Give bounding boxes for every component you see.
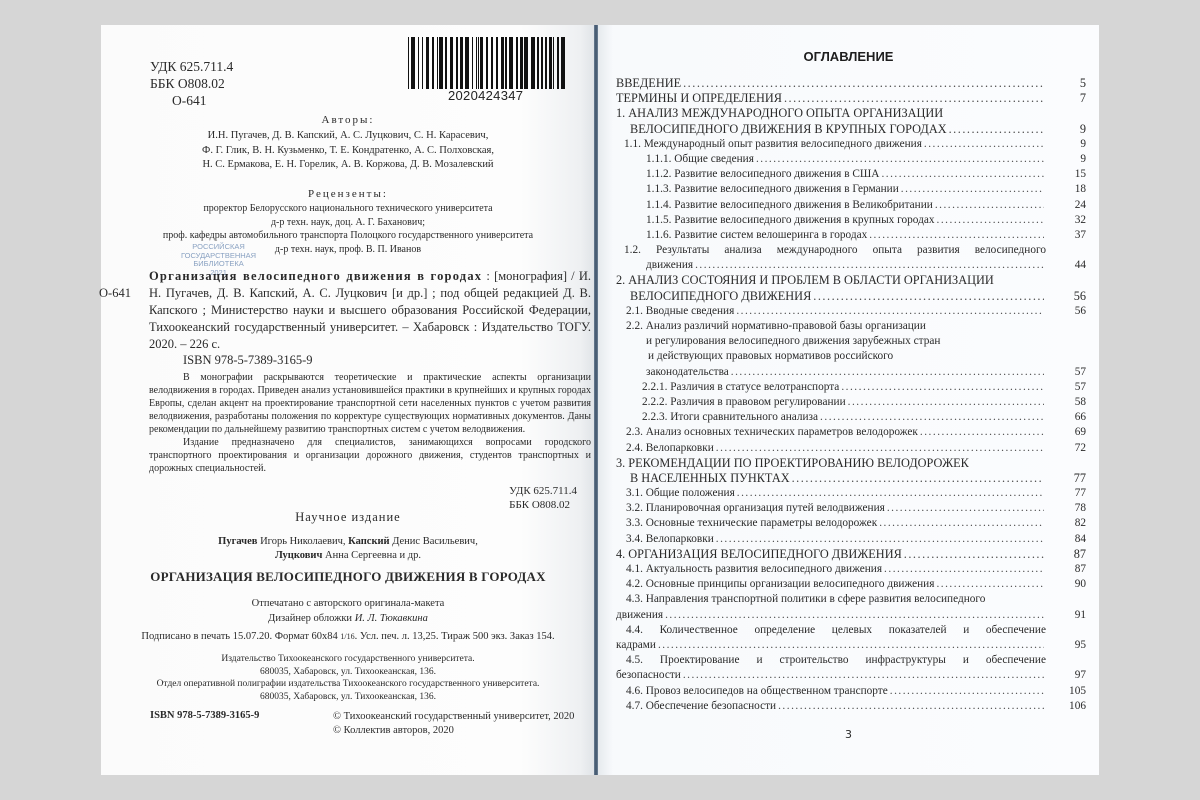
toc-entry-title: ВЕЛОСИПЕДНОГО ДВИЖЕНИЯ (630, 289, 811, 304)
toc-entry-title: 2.2.2. Различия в правовом регулировании (642, 395, 846, 410)
toc-entry: 3.4. Велопарковки.......................… (616, 532, 1086, 547)
toc-entry-page: 91 (1046, 608, 1086, 623)
table-of-contents: ВВЕДЕНИЕ................................… (616, 76, 1086, 714)
toc-leader-dots: ........................................… (813, 289, 1044, 304)
toc-entry-title: безопасности (616, 668, 681, 683)
toc-leader-dots: ........................................… (949, 122, 1044, 137)
left-page-imprint: УДК 625.711.4 ББК О808.02 О-641 20204243… (101, 25, 595, 775)
toc-entry-page: 82 (1046, 516, 1086, 531)
author-name: Денис Васильевич, (390, 536, 478, 547)
toc-entry-title: законодательства (646, 365, 729, 380)
toc-entry: безопасности............................… (616, 668, 1086, 683)
toc-entry: 4. ОРГАНИЗАЦИЯ ВЕЛОСИПЕДНОГО ДВИЖЕНИЯ...… (616, 547, 1086, 562)
toc-entry-page: 87 (1046, 562, 1086, 577)
page-number: 3 (598, 728, 1099, 741)
toc-leader-dots: ........................................… (716, 441, 1044, 456)
publisher-line: Отдел оперативной полиграфии издательств… (101, 678, 595, 691)
authors-heading: Авторы: (101, 114, 595, 126)
toc-entry-title: 1.1.1. Общие сведения (646, 152, 754, 167)
toc-entry-page: 95 (1046, 638, 1086, 653)
annotation: В монографии раскрываются теоретические … (149, 371, 591, 475)
toc-entry-page: 106 (1046, 699, 1086, 714)
library-barcode: 2020424347 (408, 37, 573, 103)
toc-entry-title: 3.1. Общие положения (626, 486, 735, 501)
toc-entry-page: 9 (1046, 152, 1086, 167)
toc-entry-title: 1.1.6. Развитие систем велошеринга в гор… (646, 228, 867, 243)
toc-entry-title: 2.2. Анализ различий нормативно-правовой… (626, 319, 926, 334)
toc-entry: 2.2.1. Различия в статусе велотранспорта… (616, 380, 1086, 395)
toc-entry-page: 84 (1046, 532, 1086, 547)
authors-line: Ф. Г. Глик, В. Н. Кузьменко, Т. Е. Кондр… (101, 144, 595, 159)
toc-leader-dots: ........................................… (658, 638, 1044, 653)
toc-entry: 2.2.2. Различия в правовом регулировании… (616, 395, 1086, 410)
toc-entry: 2. АНАЛИЗ СОСТОЯНИЯ И ПРОБЛЕМ В ОБЛАСТИ … (616, 273, 1086, 288)
toc-entry: 4.7. Обеспечение безопасности...........… (616, 699, 1086, 714)
reviewer-line: д-р техн. наук, доц. А. Г. Баханович; (101, 216, 595, 230)
toc-entry-title: 2. АНАЛИЗ СОСТОЯНИЯ И ПРОБЛЕМ В ОБЛАСТИ … (616, 273, 994, 288)
toc-entry-page: 9 (1046, 137, 1086, 152)
reviewer-line: д-р техн. наук, проф. В. П. Иванов (101, 243, 595, 257)
toc-entry: 2.3. Анализ основных технических парамет… (616, 425, 1086, 440)
reviewer-line: проф. кафедры автомобильного транспорта … (101, 229, 595, 243)
toc-entry-page: 18 (1046, 182, 1086, 197)
toc-entry-page: 105 (1046, 684, 1086, 699)
toc-entry-title: 4.1. Актуальность развития велосипедного… (626, 562, 882, 577)
toc-leader-dots: ........................................… (904, 547, 1044, 562)
barcode-number: 2020424347 (448, 88, 573, 103)
toc-leader-dots: ........................................… (756, 152, 1044, 167)
authors-list: И.Н. Пугачев, Д. В. Капский, А. С. Луцко… (101, 129, 595, 173)
author-names: Пугачев Игорь Николаевич, Капский Денис … (101, 535, 595, 563)
reviewers-heading: Рецензенты: (101, 188, 595, 200)
toc-entry-page: 97 (1046, 668, 1086, 683)
toc-entry-page: 77 (1046, 486, 1086, 501)
toc-entry-page: 87 (1046, 547, 1086, 562)
toc-leader-dots: ........................................… (924, 137, 1044, 152)
toc-leader-dots: ........................................… (890, 684, 1044, 699)
copyright-notices: © Тихоокеанский государственный универси… (333, 710, 574, 738)
classification-codes-repeat: УДК 625.711.4 ББК О808.02 (509, 484, 577, 512)
printed-from: Отпечатано с авторского оригинала-макета (101, 596, 595, 611)
biblio-code: О-641 (99, 285, 131, 302)
toc-entry: 2.4. Велопарковки.......................… (616, 441, 1086, 456)
toc-entry: ВВЕДЕНИЕ................................… (616, 76, 1086, 91)
toc-entry-title: 1.1.2. Развитие велосипедного движения в… (646, 167, 879, 182)
toc-entry: 2.1. Вводные сведения...................… (616, 304, 1086, 319)
toc-leader-dots: ........................................… (792, 471, 1044, 486)
toc-entry-title: 3.4. Велопарковки (626, 532, 714, 547)
toc-entry: 2.2.3. Итоги сравнительного анализа.....… (616, 410, 1086, 425)
authors-line: Н. С. Ермакова, Е. Н. Горелик, А. В. Кор… (101, 158, 595, 173)
toc-entry: 1.1.6. Развитие систем велошеринга в гор… (616, 228, 1086, 243)
toc-entry: 1.1.5. Развитие велосипедного движения в… (616, 213, 1086, 228)
bibliographic-record: О-641 Организация велосипедного движения… (149, 268, 591, 353)
toc-entry-page: 72 (1046, 441, 1086, 456)
author-mark-code: О-641 (150, 92, 233, 109)
publisher-line: 680035, Хабаровск, ул. Тихоокеанская, 13… (101, 691, 595, 704)
toc-leader-dots: ........................................… (879, 516, 1044, 531)
toc-leader-dots: ........................................… (937, 213, 1044, 228)
toc-leader-dots: ........................................… (920, 425, 1044, 440)
toc-entry-title: 1.1.3. Развитие велосипедного движения в… (646, 182, 899, 197)
toc-entry: ТЕРМИНЫ И ОПРЕДЕЛЕНИЯ...................… (616, 91, 1086, 106)
toc-entry-title: 2.4. Велопарковки (626, 441, 714, 456)
edition-type: Научное издание (101, 510, 595, 525)
toc-entry: кадрами.................................… (616, 638, 1086, 653)
udk-code: УДК 625.711.4 (509, 484, 577, 498)
toc-entry-title: кадрами (616, 638, 656, 653)
toc-entry-title: 4.7. Обеспечение безопасности (626, 699, 776, 714)
toc-entry-page: 44 (1046, 258, 1086, 273)
toc-entry: 4.6. Провоз велосипедов на общественном … (616, 684, 1086, 699)
toc-entry-page: 37 (1046, 228, 1086, 243)
toc-entry-title: 1.1.5. Развитие велосипедного движения в… (646, 213, 935, 228)
toc-entry: 1. АНАЛИЗ МЕЖДУНАРОДНОГО ОПЫТА ОРГАНИЗАЦ… (616, 106, 1086, 121)
toc-entry-title: 2.2.3. Итоги сравнительного анализа (642, 410, 818, 425)
toc-entry: 4.4. Количественное определение целевых … (616, 623, 1086, 638)
toc-leader-dots: ........................................… (869, 228, 1044, 243)
classification-codes: УДК 625.711.4 ББК О808.02 О-641 (150, 58, 233, 109)
toc-entry-title: 4.3. Направления транспортной политики в… (626, 592, 985, 607)
toc-entry: и регулирования велосипедного движения з… (616, 334, 1086, 349)
toc-leader-dots: ........................................… (716, 532, 1044, 547)
toc-entry: 4.1. Актуальность развития велосипедного… (616, 562, 1086, 577)
toc-entry-title: ВЕЛОСИПЕДНОГО ДВИЖЕНИЯ В КРУПНЫХ ГОРОДАХ (630, 122, 947, 137)
publisher-line: 680035, Хабаровск, ул. Тихоокеанская, 13… (101, 666, 595, 679)
cover-designer-label: Дизайнер обложки (268, 613, 355, 624)
author-name: Анна Сергеевна и др. (322, 550, 421, 561)
toc-leader-dots: ........................................… (731, 365, 1044, 380)
toc-entry-title: 3.2. Планировочная организация путей вел… (626, 501, 885, 516)
toc-entry-title: 2.1. Вводные сведения (626, 304, 734, 319)
toc-entry: 3.3. Основные технические параметры вело… (616, 516, 1086, 531)
toc-entry: 3.1. Общие положения....................… (616, 486, 1086, 501)
toc-entry-page: 78 (1046, 501, 1086, 516)
print-signoff: Подписано в печать 15.07.20. Формат 60х8… (101, 631, 595, 642)
toc-entry-page: 66 (1046, 410, 1086, 425)
toc-entry-title: 1.1.4. Развитие велосипедного движения в… (646, 198, 933, 213)
toc-entry: движения................................… (616, 258, 1086, 273)
toc-entry-title: 1.2. Результаты анализа международного о… (624, 243, 1046, 258)
toc-entry: 4.3. Направления транспортной политики в… (616, 592, 1086, 607)
toc-entry: и действующих правовых нормативов россий… (616, 349, 1086, 364)
toc-entry-title: 4.6. Провоз велосипедов на общественном … (626, 684, 888, 699)
toc-entry-title: ТЕРМИНЫ И ОПРЕДЕЛЕНИЯ (616, 91, 782, 106)
toc-entry: 1.1. Международный опыт развития велосип… (616, 137, 1086, 152)
toc-entry-page: 57 (1046, 380, 1086, 395)
toc-leader-dots: ........................................… (881, 167, 1044, 182)
isbn-bold: ISBN 978-5-7389-3165-9 (150, 710, 259, 721)
toc-title: ОГЛАВЛЕНИЕ (598, 49, 1099, 64)
toc-entry-page: 24 (1046, 198, 1086, 213)
toc-entry-title: движения (616, 608, 663, 623)
print-info: Отпечатано с авторского оригинала-макета… (101, 596, 595, 626)
toc-leader-dots: ........................................… (887, 501, 1044, 516)
toc-entry-page: 7 (1046, 91, 1086, 106)
toc-entry: движения................................… (616, 608, 1086, 623)
right-page-contents: ОГЛАВЛЕНИЕ ВВЕДЕНИЕ.....................… (598, 25, 1099, 775)
toc-entry: ВЕЛОСИПЕДНОГО ДВИЖЕНИЯ В КРУПНЫХ ГОРОДАХ… (616, 122, 1086, 137)
toc-entry-title: 2.2.1. Различия в статусе велотранспорта (642, 380, 839, 395)
toc-entry-title: 4.2. Основные принципы организации велос… (626, 577, 934, 592)
toc-entry-page: 69 (1046, 425, 1086, 440)
toc-leader-dots: ........................................… (841, 380, 1044, 395)
toc-entry: 3.2. Планировочная организация путей вел… (616, 501, 1086, 516)
toc-entry-title: и действующих правовых нормативов россий… (648, 349, 893, 364)
toc-entry: ВЕЛОСИПЕДНОГО ДВИЖЕНИЯ..................… (616, 289, 1086, 304)
toc-entry-title: В НАСЕЛЕННЫХ ПУНКТАХ (630, 471, 790, 486)
annotation-paragraph: В монографии раскрываются теоретические … (149, 371, 591, 436)
toc-leader-dots: ........................................… (848, 395, 1044, 410)
toc-leader-dots: ........................................… (665, 608, 1044, 623)
toc-entry-title: 3. РЕКОМЕНДАЦИИ ПО ПРОЕКТИРОВАНИЮ ВЕЛОДО… (616, 456, 969, 471)
author-name: Игорь Николаевич, (257, 536, 348, 547)
toc-leader-dots: ........................................… (784, 91, 1044, 106)
toc-entry-page: 9 (1046, 122, 1086, 137)
toc-leader-dots: ........................................… (683, 76, 1044, 91)
format-fraction: 1/16 (340, 632, 354, 641)
toc-entry-page: 15 (1046, 167, 1086, 182)
toc-entry-title: 4. ОРГАНИЗАЦИЯ ВЕЛОСИПЕДНОГО ДВИЖЕНИЯ (616, 547, 902, 562)
toc-entry-title: 4.5. Проектирование и строительство инфр… (626, 653, 1046, 668)
toc-entry: 1.2. Результаты анализа международного о… (616, 243, 1086, 258)
toc-entry-title: 1.1. Международный опыт развития велосип… (624, 137, 922, 152)
toc-entry-title: ВВЕДЕНИЕ (616, 76, 681, 91)
toc-entry: законодательства........................… (616, 365, 1086, 380)
toc-entry-page: 56 (1046, 304, 1086, 319)
toc-entry-page: 58 (1046, 395, 1086, 410)
toc-leader-dots: ........................................… (935, 198, 1044, 213)
copyright-line: © Тихоокеанский государственный универси… (333, 710, 574, 724)
cover-designer: И. Л. Тюкавкина (355, 613, 428, 624)
isbn: ISBN 978-5-7389-3165-9 (183, 353, 313, 368)
toc-entry-title: 4.4. Количественное определение целевых … (626, 623, 1046, 638)
reviewers-list: проректор Белорусского национального тех… (101, 202, 595, 256)
toc-leader-dots: ........................................… (778, 699, 1044, 714)
signoff-text: Подписано в печать 15.07.20. Формат 60х8… (141, 631, 340, 642)
toc-entry-page: 5 (1046, 76, 1086, 91)
bbk-code: ББК О808.02 (150, 75, 233, 92)
toc-leader-dots: ........................................… (695, 258, 1044, 273)
toc-entry-title: 1. АНАЛИЗ МЕЖДУНАРОДНОГО ОПЫТА ОРГАНИЗАЦ… (616, 106, 943, 121)
toc-entry: 1.1.3. Развитие велосипедного движения в… (616, 182, 1086, 197)
toc-leader-dots: ........................................… (820, 410, 1044, 425)
authors-line: И.Н. Пугачев, Д. В. Капский, А. С. Луцко… (101, 129, 595, 144)
toc-entry-title: 3.3. Основные технические параметры вело… (626, 516, 877, 531)
udk-code: УДК 625.711.4 (150, 58, 233, 75)
toc-leader-dots: ........................................… (901, 182, 1044, 197)
toc-entry: 4.5. Проектирование и строительство инфр… (616, 653, 1086, 668)
toc-entry: 3. РЕКОМЕНДАЦИИ ПО ПРОЕКТИРОВАНИЮ ВЕЛОДО… (616, 456, 1086, 471)
annotation-paragraph: Издание предназначено для специалистов, … (149, 436, 591, 475)
toc-leader-dots: ........................................… (884, 562, 1044, 577)
book-title: ОРГАНИЗАЦИЯ ВЕЛОСИПЕДНОГО ДВИЖЕНИЯ В ГОР… (101, 569, 595, 585)
toc-entry: 1.1.2. Развитие велосипедного движения в… (616, 167, 1086, 182)
toc-entry-page: 32 (1046, 213, 1086, 228)
toc-leader-dots: ........................................… (936, 577, 1044, 592)
copyright-line: © Коллектив авторов, 2020 (333, 724, 574, 738)
toc-entry: 1.1.1. Общие сведения...................… (616, 152, 1086, 167)
toc-leader-dots: ........................................… (737, 486, 1044, 501)
toc-leader-dots: ........................................… (683, 668, 1044, 683)
reviewer-line: проректор Белорусского национального тех… (101, 202, 595, 216)
toc-entry-title: движения (646, 258, 693, 273)
toc-entry-title: и регулирования велосипедного движения з… (646, 334, 940, 349)
publisher-line: Издательство Тихоокеанского государствен… (101, 653, 595, 666)
toc-entry-page: 77 (1046, 471, 1086, 486)
toc-leader-dots: ........................................… (736, 304, 1044, 319)
signoff-text: . Усл. печ. л. 13,25. Тираж 500 экз. Зак… (355, 631, 555, 642)
author-surname: Луцкович (275, 550, 322, 561)
toc-entry-page: 56 (1046, 289, 1086, 304)
toc-entry-page: 57 (1046, 365, 1086, 380)
toc-entry-page: 90 (1046, 577, 1086, 592)
toc-entry-title: 2.3. Анализ основных технических парамет… (626, 425, 918, 440)
toc-entry: 4.2. Основные принципы организации велос… (616, 577, 1086, 592)
book-spread: УДК 625.711.4 ББК О808.02 О-641 20204243… (101, 25, 1099, 775)
biblio-title: Организация велосипедного движения в гор… (149, 269, 482, 283)
toc-entry: В НАСЕЛЕННЫХ ПУНКТАХ....................… (616, 471, 1086, 486)
barcode-icon (408, 37, 568, 89)
publisher-info: Издательство Тихоокеанского государствен… (101, 653, 595, 703)
author-surname: Капский (348, 536, 389, 547)
author-surname: Пугачев (218, 536, 257, 547)
toc-entry: 1.1.4. Развитие велосипедного движения в… (616, 198, 1086, 213)
toc-entry: 2.2. Анализ различий нормативно-правовой… (616, 319, 1086, 334)
